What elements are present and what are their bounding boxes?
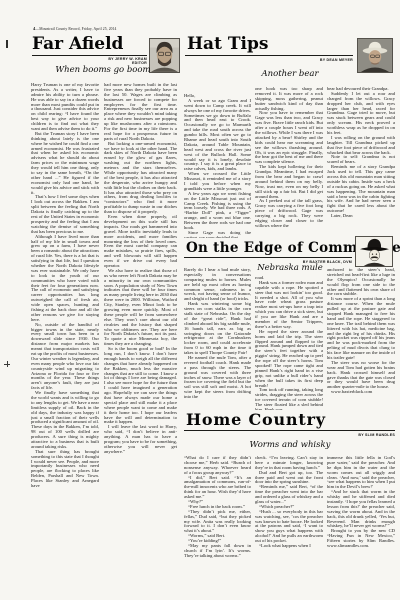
far-afield-rule <box>32 55 147 56</box>
far-afield-headline: When booms go boom <box>36 65 170 75</box>
dean-meyer-photo <box>357 38 393 73</box>
hat-tips-title: Hat Tips <box>187 34 268 54</box>
dean-meyer-portrait <box>358 39 392 72</box>
far-afield-title: Far Afield <box>32 34 123 54</box>
baxter-black-portrait <box>356 237 392 266</box>
home-country-rule <box>184 430 395 431</box>
baxter-black-photo <box>355 236 393 267</box>
hat-tips-column-3: bear had devoured their Grandpa.Suddenly… <box>327 87 395 235</box>
common-sense-column-3: anchored to the steer’s head, stretched … <box>327 268 395 408</box>
registration-mark <box>6 40 8 48</box>
hat-tips-rule <box>185 55 353 56</box>
hat-tips-headline: Another bear <box>252 69 328 79</box>
hat-tips-column-2: one hook was too sharp and removed it. I… <box>255 87 323 238</box>
far-afield-column-1: Harry Truman is one of my favorite presi… <box>31 83 99 559</box>
hat-tips-byline: BY DEAN MEYER <box>250 58 353 62</box>
home-country-title: Home Country <box>186 410 326 429</box>
folio-line: 4—Mountrail County Record, Friday, April… <box>33 26 116 31</box>
common-sense-column-1: Rarely do I hear a bad mule story, espec… <box>184 268 251 410</box>
registration-cross <box>4 361 10 367</box>
common-sense-rule <box>184 257 352 258</box>
home-country-byline: BY SLIM RANDLES <box>280 433 395 437</box>
newspaper-page: 4—Mountrail County Record, Friday, April… <box>0 0 400 600</box>
far-afield-byline-name: BY JERRY W. KRAM <box>108 57 147 61</box>
home-country-column-3: immerse this little fella in God’s pure … <box>327 456 395 558</box>
home-country-column-1: “What do I care if they didn’t choose me… <box>184 456 251 558</box>
hat-tips-column-1: Hello,A week or so ago Gram and I went d… <box>184 94 251 238</box>
home-country-headline: Worms and whisky <box>248 440 332 450</box>
folio-text: —Mountrail County Record, Friday, April … <box>35 27 116 31</box>
far-afield-column-2: had more new homes built in the last fiv… <box>104 83 177 559</box>
home-country-column-2: check. “I’m leaving. Can’t stay in here … <box>255 456 323 558</box>
common-sense-headline: Nebraska mule <box>252 263 328 273</box>
common-sense-column-2: road.Hank was a former rodeo man and cap… <box>255 276 323 410</box>
